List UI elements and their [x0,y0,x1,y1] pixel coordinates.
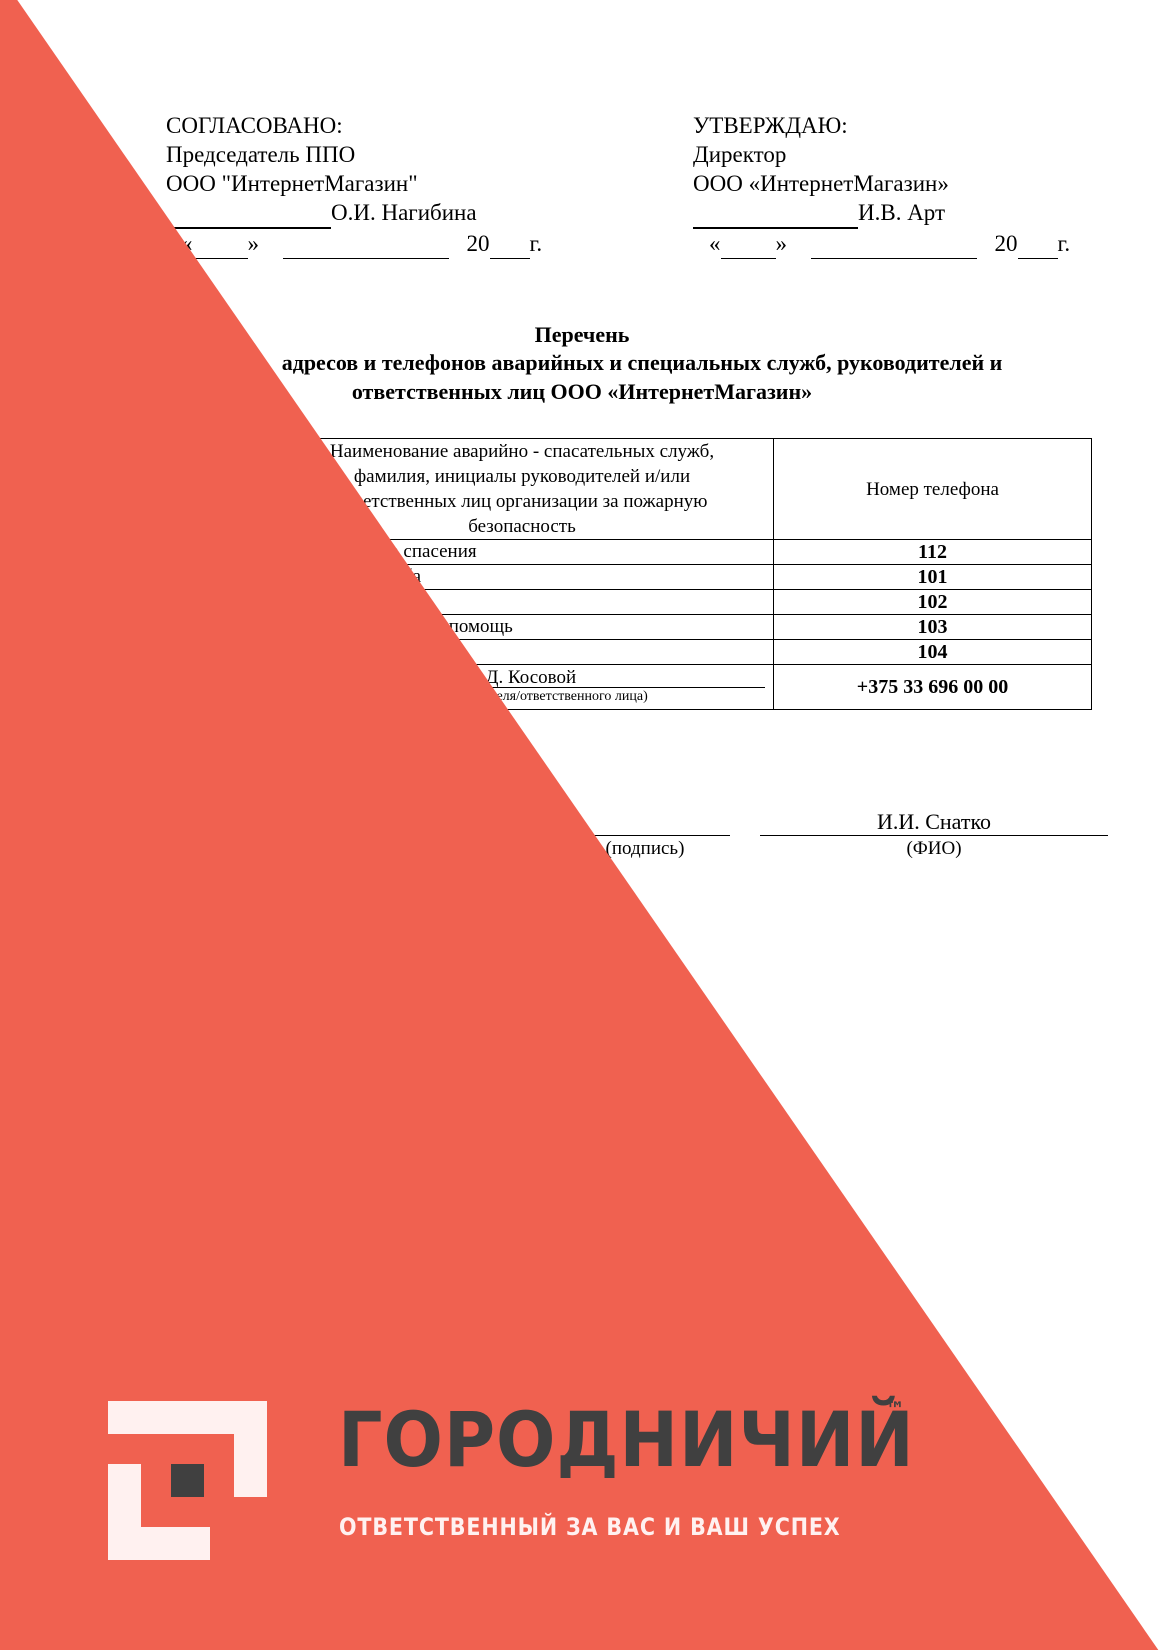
approval-left-signer: О.И. Нагибина [331,200,477,225]
name-line [760,835,1108,836]
table-header-row: Наименование аварийно - спасательных слу… [271,439,1092,540]
year-prefix: 20 [995,231,1018,256]
quote-open: « [709,231,721,256]
brand-logo-icon [108,1401,267,1560]
approval-left-signature-line: О.И. Нагибина [166,198,477,229]
approval-right-heading: УТВЕРЖДАЮ: [693,111,848,140]
brand-slogan: ОТВЕТСТВЕННЫЙ ЗА ВАС И ВАШ УСПЕХ [339,1513,841,1541]
row-phone: 101 [774,565,1092,590]
approval-left-date: « » 20 г. [181,229,542,259]
signer-name: И.И. Снатко [760,809,1108,835]
name-caption: (ФИО) [760,838,1108,860]
approval-right-date: « » 20 г. [709,229,1070,259]
header-phone-col: Номер телефона [774,439,1092,540]
header-line: Наименование аварийно - спасательных слу… [277,439,767,464]
signature-blank [166,198,331,229]
quote-close: » [776,231,788,256]
brand-name: ГОРОДНИЧИЙ [338,1400,915,1480]
day-blank [193,229,248,259]
month-blank [283,229,449,259]
year-blank [490,229,530,259]
row-phone: 104 [774,640,1092,665]
approval-left-position: Председатель ППО [166,140,355,169]
row-phone: +375 33 696 00 00 [774,665,1092,710]
document-page: СОГЛАСОВАНО: Председатель ППО ООО "Интер… [0,0,1164,1650]
quote-close: » [248,231,260,256]
approval-right-position: Директор [693,140,786,169]
signature-blank [693,198,858,229]
approval-right-org: ООО «ИнтернетМагазин» [693,169,949,198]
year-suffix: г. [530,231,543,256]
year-prefix: 20 [467,231,490,256]
approval-left-org: ООО "ИнтернетМагазин" [166,169,418,198]
year-blank [1018,229,1058,259]
row-phone: 112 [774,540,1092,565]
approval-left-heading: СОГЛАСОВАНО: [166,111,343,140]
month-blank [811,229,977,259]
approval-right-signature-line: И.В. Арт [693,198,945,229]
day-blank [721,229,776,259]
row-phone: 103 [774,615,1092,640]
trademark-symbol: ™ [885,1397,905,1421]
year-suffix: г. [1058,231,1071,256]
approval-right-signer: И.В. Арт [858,200,945,225]
row-phone: 102 [774,590,1092,615]
